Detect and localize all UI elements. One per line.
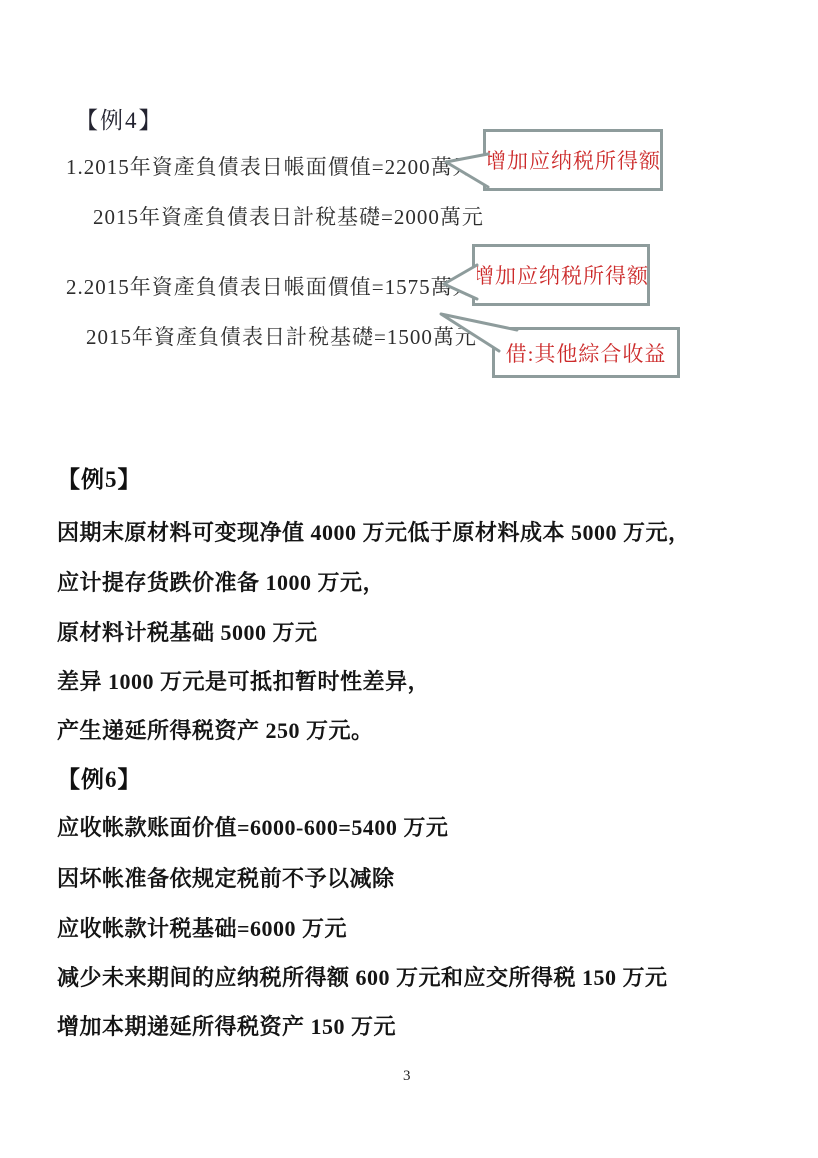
ex4-line-4: 2015年資產負債表日計稅基礎=1500萬元 [86, 321, 477, 351]
ex6-line-1: 应收帐款账面价值=6000-600=5400 万元 [57, 811, 448, 842]
page-number: 3 [403, 1068, 411, 1085]
ex6-line-2: 因坏帐准备依规定税前不予以减除 [57, 862, 395, 893]
callout-text: 借:其他綜合收益 [506, 338, 667, 368]
callout-box-taxable-income-1: 增加应纳税所得额 [483, 129, 663, 191]
ex4-line-3: 2.2015年資產負債表日帳面價值=1575萬元 [66, 271, 475, 301]
ex6-line-5: 增加本期递延所得税资产 150 万元 [57, 1010, 396, 1041]
ex6-line-4: 减少未来期间的应纳税所得额 600 万元和应交所得税 150 万元 [57, 961, 668, 992]
ex5-line-4: 差异 1000 万元是可抵扣暂时性差异， [57, 665, 430, 696]
ex6-line-3: 应收帐款计税基础=6000 万元 [57, 912, 347, 943]
ex5-line-1: 因期末原材料可变现净值 4000 万元低于原材料成本 5000 万元， [57, 516, 691, 547]
ex5-line-3: 原材料计税基础 5000 万元 [57, 616, 318, 647]
ex5-line-5: 产生递延所得税资产 250 万元。 [57, 714, 374, 745]
ex4-heading: 【例4】 [75, 102, 164, 135]
callout-text: 增加应纳税所得额 [485, 145, 661, 175]
ex4-line-1: 1.2015年資產負債表日帳面價值=2200萬元 [66, 151, 475, 181]
callout-box-other-comprehensive-income: 借:其他綜合收益 [492, 327, 680, 378]
document-page: 【例4】 1.2015年資產負債表日帳面價值=2200萬元 2015年資產負債表… [0, 0, 818, 1158]
callout-text: 增加应纳税所得额 [473, 260, 649, 290]
ex5-line-2: 应计提存货跌价准备 1000 万元， [57, 566, 385, 597]
ex5-heading: 【例5】 [57, 461, 142, 494]
callout-box-taxable-income-2: 增加应纳税所得额 [472, 244, 650, 306]
ex6-heading: 【例6】 [57, 761, 142, 794]
ex4-line-2: 2015年資產負債表日計稅基礎=2000萬元 [93, 201, 484, 231]
